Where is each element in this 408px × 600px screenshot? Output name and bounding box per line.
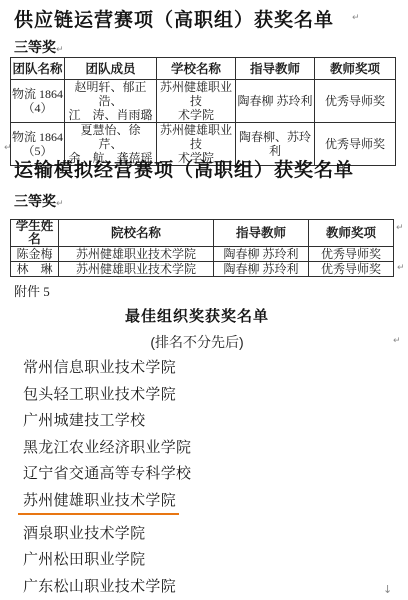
list-item: 包头轻工职业技术学院 (23, 388, 191, 403)
list-item: 广州松田职业学院 (23, 553, 191, 568)
paragraph-mark-icon: ↵ (56, 45, 64, 55)
list-item: 广州城建技工学校 (23, 414, 191, 429)
list-item: 辽宁省交通高等专科学校 (23, 467, 191, 482)
transport-title: 运输模拟经营赛项（高职组）获奖名单 (14, 155, 354, 182)
column-header: 院校名称 (59, 220, 214, 247)
paragraph-mark-icon: ↵ (338, 164, 346, 174)
column-header: 指导教师 (236, 58, 315, 80)
table-row: 陈金梅 苏州健雄职业技术学院 陶春柳 苏玲利 优秀导师奖 (11, 247, 394, 262)
column-header: 学校名称 (157, 58, 236, 80)
transport-prize-heading: 三等奖↵ (14, 191, 64, 211)
supply-chain-award-table: 团队名称 团队成员 学校名称 指导教师 教师奖项 物流 1864 （4） 赵明轩… (10, 57, 396, 166)
table-cell: 优秀导师奖 (315, 80, 396, 123)
attachment-label: 附件 5 (14, 281, 50, 300)
table-cell: 陶春柳 苏玲利 (214, 262, 309, 277)
table-cell: 苏州健雄职业技术学院 (59, 247, 214, 262)
table-cell: 林 琳 (11, 262, 59, 277)
column-header: 学生姓名 (11, 220, 59, 247)
paragraph-mark-icon: ↵ (396, 223, 404, 233)
table-header-row: 学生姓名 院校名称 指导教师 教师奖项 (11, 220, 394, 247)
paragraph-mark-icon: ↵ (352, 13, 360, 23)
supply-chain-title: 供应链运营赛项（高职组）获奖名单 (14, 5, 334, 32)
column-header: 团队成员 (65, 58, 157, 80)
list-item-highlighted: 苏州健雄职业技术学院 (23, 494, 191, 515)
table-cell: 赵明轩、郁正浩、 江 涛、肖雨璐 (65, 80, 157, 123)
school-list: 常州信息职业技术学院 包头轻工职业技术学院 广州城建技工学校 黑龙江农业经济职业… (23, 361, 191, 595)
table-cell: 陶春柳 苏玲利 (214, 247, 309, 262)
highlighted-school: 苏州健雄职业技术学院 (18, 494, 179, 515)
table-cell: 苏州健雄职业技术学院 (59, 262, 214, 277)
list-item: 广东松山职业技术学院 (23, 580, 191, 595)
list-item: 酒泉职业技术学院 (23, 527, 191, 542)
table-header-row: 团队名称 团队成员 学校名称 指导教师 教师奖项 (11, 58, 396, 80)
paragraph-mark-icon: ↵ (397, 263, 405, 273)
prize-label: 三等奖 (14, 195, 56, 210)
table-cell: 物流 1864 （4） (11, 80, 65, 123)
list-item: 常州信息职业技术学院 (23, 361, 191, 376)
paragraph-mark-icon: ↵ (393, 336, 401, 346)
prize-label: 三等奖 (14, 41, 56, 56)
table-cell: 苏州健雄职业技 术学院 (157, 80, 236, 123)
transport-award-table: 学生姓名 院校名称 指导教师 教师奖项 陈金梅 苏州健雄职业技术学院 陶春柳 苏… (10, 219, 394, 277)
table-cell: 优秀导师奖 (309, 262, 394, 277)
list-item: 黑龙江农业经济职业学院 (23, 441, 191, 456)
table-cell: 陶春柳 苏玲利 (236, 80, 315, 123)
table-row: 林 琳 苏州健雄职业技术学院 陶春柳 苏玲利 优秀导师奖 (11, 262, 394, 277)
column-header: 教师奖项 (309, 220, 394, 247)
supply-chain-prize-heading: 三等奖↵ (14, 37, 64, 57)
column-header: 指导教师 (214, 220, 309, 247)
best-org-title: 最佳组织奖获奖名单 (0, 305, 394, 326)
document-page: { "section_supply_chain": { "title": "供应… (0, 0, 408, 600)
best-org-subtitle: (排名不分先后) (0, 332, 394, 352)
paragraph-mark-icon: ↵ (56, 199, 64, 209)
table-cell: 优秀导师奖 (309, 247, 394, 262)
column-header: 团队名称 (11, 58, 65, 80)
table-row: 物流 1864 （4） 赵明轩、郁正浩、 江 涛、肖雨璐 苏州健雄职业技 术学院… (11, 80, 396, 123)
table-cell: 陈金梅 (11, 247, 59, 262)
column-header: 教师奖项 (315, 58, 396, 80)
line-break-mark-icon: ↓ (383, 583, 392, 596)
paragraph-mark-icon: ↵ (4, 143, 12, 153)
